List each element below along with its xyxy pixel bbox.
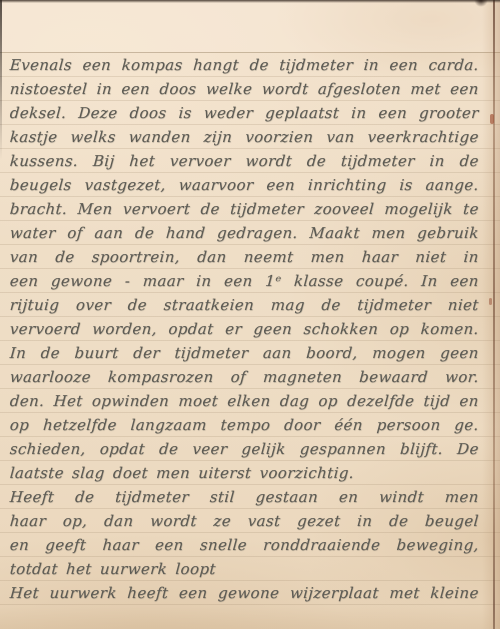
handwritten-line: laatste slag doet men uiterst voorzichti… — [9, 461, 480, 485]
page-right-edge — [493, 0, 495, 629]
handwritten-line: deksel. Deze doos is weder geplaatst in … — [9, 101, 480, 125]
handwritten-line: den. Het opwinden moet elken dag op deze… — [9, 389, 480, 413]
handwritten-line: waarlooze kompasrozen of magneten bewaar… — [9, 365, 480, 389]
notebook-page: Evenals een kompas hangt de tijdmeter in… — [0, 0, 500, 629]
handwritten-line: Heeft de tijdmeter stil gestaan en windt… — [9, 485, 480, 509]
handwritten-line: beugels vastgezet, waarvoor een inrichti… — [9, 173, 480, 197]
handwritten-line: van de spoortrein, dan neemt men haar ni… — [9, 245, 480, 269]
handwritten-line: vervoerd worden, opdat er geen schokken … — [9, 317, 480, 341]
handwritten-line: water of aan de hand gedragen. Maakt men… — [9, 221, 480, 245]
handwritten-line: In de buurt der tijdmeter aan boord, mog… — [9, 341, 480, 365]
paper-top-margin — [0, 0, 500, 52]
handwritten-line: schieden, opdat de veer gelijk gespannen… — [9, 437, 480, 461]
handwritten-line: Evenals een kompas hangt de tijdmeter in… — [9, 53, 480, 77]
edge-stain-mark — [489, 298, 492, 305]
handwritten-line: rijtuig over de straatkeien mag de tijdm… — [9, 293, 480, 317]
handwritten-line: Het uurwerk heeft een gewone wijzerplaat… — [9, 581, 480, 605]
edge-stain-mark — [490, 114, 494, 124]
page-left-edge — [0, 0, 2, 160]
handwritten-line: haar op, dan wordt ze vast gezet in de b… — [9, 509, 480, 533]
handwritten-line: nistoestel in een doos welke wordt afges… — [9, 77, 480, 101]
handwritten-line: totdat het uurwerk loopt — [9, 557, 480, 581]
page-right-shadow — [482, 0, 500, 629]
handwritten-line: een gewone - maar in een 1ᵉ klasse coupé… — [9, 269, 480, 293]
page-bottom-shading — [0, 607, 500, 629]
page-corner-mark — [474, 0, 488, 7]
handwritten-line: kastje welks wanden zijn voorzien van ve… — [9, 125, 480, 149]
handwritten-line: kussens. Bij het vervoer wordt de tijdme… — [9, 149, 480, 173]
handwritten-line: op hetzelfde langzaam tempo door één per… — [9, 413, 480, 437]
handwritten-line: en geeft haar een snelle ronddraaiende b… — [9, 533, 480, 557]
page-top-edge — [0, 0, 500, 3]
handwritten-line: bracht. Men vervoert de tijdmeter zoovee… — [9, 197, 480, 221]
handwritten-text: Evenals een kompas hangt de tijdmeter in… — [9, 53, 478, 605]
